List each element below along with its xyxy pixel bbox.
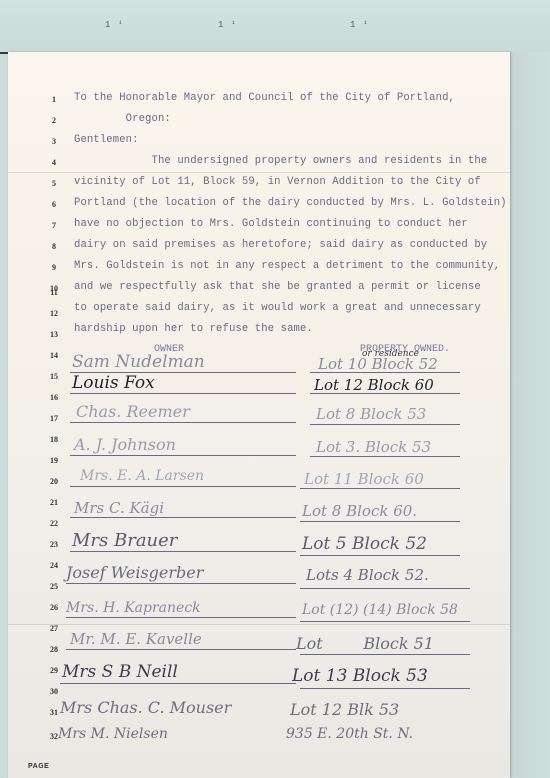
owner-signature: Mr. M. E. Kavelle <box>70 630 202 648</box>
letter-line: The undersigned property owners and resi… <box>74 155 487 167</box>
line-number: 2 <box>44 116 64 125</box>
owner-signature: Mrs C. Kägi <box>74 499 164 517</box>
right-backing-strip <box>510 52 550 778</box>
page-label: PAGE <box>28 763 49 770</box>
line-number: 7 <box>44 221 64 230</box>
line-number: 16 <box>44 393 64 402</box>
owner-signature: Louis Fox <box>72 373 155 393</box>
property-entry: Lot 8 Block 53 <box>316 405 426 423</box>
letter-line: Portland (the location of the dairy cond… <box>74 197 507 209</box>
owner-signature: Josef Weisgerber <box>66 563 203 582</box>
line-number: 29 <box>44 666 64 675</box>
line-number: 5 <box>44 179 64 188</box>
line-number: 9 <box>44 263 64 272</box>
property-entry: Lot Block 51 <box>296 634 434 653</box>
salutation-state: Oregon: <box>74 113 171 125</box>
letter-line: dairy on said premises as heretofore; sa… <box>74 239 487 251</box>
owner-signature: Mrs Brauer <box>72 530 177 551</box>
owner-signature: Mrs S B Neill <box>62 662 178 682</box>
line-number: 4 <box>44 158 64 167</box>
salutation-address: To the Honorable Mayor and Council of th… <box>74 92 455 104</box>
property-entry: Lot (12) (14) Block 58 <box>302 602 458 618</box>
line-number: 30 <box>44 687 64 696</box>
line-number: 6 <box>44 200 64 209</box>
line-number: 12 <box>44 309 64 318</box>
property-entry: Lot 10 Block 52 <box>318 355 438 373</box>
line-number: 8 <box>44 242 64 251</box>
property-entry: Lot 8 Block 60. <box>302 502 417 520</box>
property-entry: Lot 13 Block 53 <box>292 666 428 686</box>
line-number: 23 <box>44 540 64 549</box>
backing-mark: 1 ⁱ <box>350 20 369 30</box>
letter-line: and we respectfully ask that she be gran… <box>74 281 481 293</box>
line-number: 22 <box>44 519 64 528</box>
letter-line: to operate said dairy, as it would work … <box>74 302 481 314</box>
owner-signature: Sam Nudelman <box>72 352 205 372</box>
property-entry: Lot 12 Blk 53 <box>290 700 399 719</box>
paper-fold <box>8 624 510 625</box>
property-entry: 935 E. 20th St. N. <box>286 726 413 742</box>
property-entry: Lot 11 Block 60 <box>304 470 424 488</box>
line-number: 20 <box>44 477 64 486</box>
letter-line: Mrs. Goldstein is not in any respect a d… <box>74 260 500 272</box>
line-number: 3 <box>44 137 64 146</box>
line-number: 21 <box>44 498 64 507</box>
owner-signature: Mrs. E. A. Larsen <box>80 468 204 484</box>
backing-sheet: 1 ⁱ 1 ⁱ 1 ⁱ <box>0 0 550 54</box>
property-entry: Lots 4 Block 52. <box>306 566 429 584</box>
line-number: 11 <box>44 288 64 297</box>
line-number: 24 <box>44 561 64 570</box>
paper-fold <box>8 172 510 173</box>
line-number: 14 <box>44 351 64 360</box>
line-number: 15 <box>44 372 64 381</box>
letter-line: hardship upon her to refuse the same. <box>74 323 313 335</box>
owner-signature: Chas. Reemer <box>76 402 190 421</box>
line-number: 1 <box>44 95 64 104</box>
owner-signature: Mrs Chas. C. Mouser <box>60 698 231 717</box>
line-number: 26 <box>44 603 64 612</box>
backing-mark: 1 ⁱ <box>105 20 124 30</box>
letter-line: have no objection to Mrs. Goldstein cont… <box>74 218 468 230</box>
line-number: 28 <box>44 645 64 654</box>
line-number: 19 <box>44 456 64 465</box>
backing-mark: 1 ⁱ <box>218 20 237 30</box>
line-number: 18 <box>44 435 64 444</box>
property-entry: Lot 5 Block 52 <box>302 534 427 554</box>
owner-signature: A. J. Johnson <box>74 435 176 454</box>
property-entry: Lot 12 Block 60 <box>314 376 434 394</box>
line-number: 25 <box>44 582 64 591</box>
line-number: 17 <box>44 414 64 423</box>
line-number: 13 <box>44 330 64 339</box>
owner-signature: Mrs. H. Kapraneck <box>66 600 201 616</box>
salutation-greeting: Gentlemen: <box>74 134 139 146</box>
line-number: 27 <box>44 624 64 633</box>
property-entry: Lot 3. Block 53 <box>316 438 431 456</box>
letter-line: vicinity of Lot 11, Block 59, in Vernon … <box>74 176 481 188</box>
owner-signature: Mrs M. Nielsen <box>58 726 168 742</box>
